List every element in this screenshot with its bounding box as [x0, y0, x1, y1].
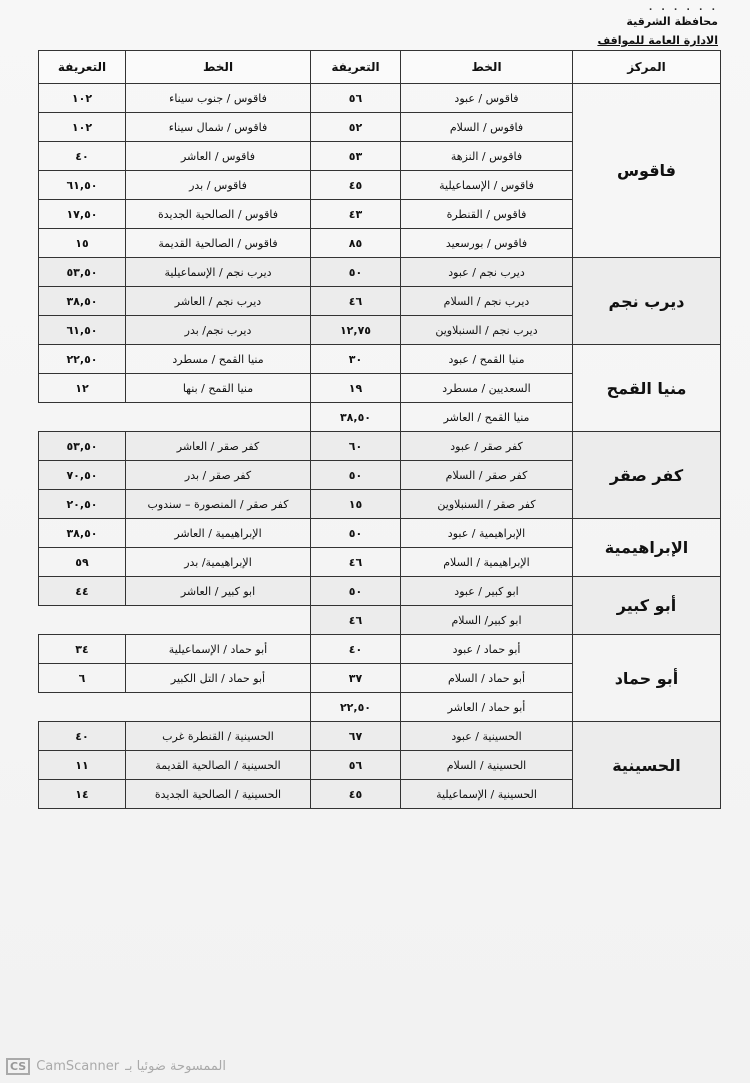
line-2-cell: الحسينية / الصالحية القديمة [126, 751, 311, 780]
line-1-cell: أبو حماد / عبود [401, 635, 573, 664]
fare-2-cell: ٣٨,٥٠ [39, 519, 126, 548]
line-1-cell: ديرب نجم / السنبلاوين [401, 316, 573, 345]
fare-1-cell: ٥٣ [311, 142, 401, 171]
fare-1-cell: ٤٦ [311, 287, 401, 316]
line-1-cell: السعديين / مسطرد [401, 374, 573, 403]
fare-2-cell: ٧٠,٥٠ [39, 461, 126, 490]
fare-1-cell: ١٥ [311, 490, 401, 519]
line-1-cell: الحسينية / السلام [401, 751, 573, 780]
fare-2-cell: ١٢ [39, 374, 126, 403]
line-1-cell: كفر صقر / السلام [401, 461, 573, 490]
center-cell: أبو كبير [573, 577, 721, 635]
empty-cell [39, 403, 311, 432]
line-1-cell: ديرب نجم / عبود [401, 258, 573, 287]
table-row: الحسينيةالحسينية / عبود٦٧الحسينية / القن… [39, 722, 721, 751]
table-row: أبو حمادأبو حماد / عبود٤٠أبو حماد / الإس… [39, 635, 721, 664]
department-title: الادارة العامة للمواقف [597, 31, 718, 50]
header-dots: . . . . . . [597, 4, 718, 12]
center-cell: منيا القمح [573, 345, 721, 432]
center-cell: الإبراهيمية [573, 519, 721, 577]
line-2-cell: كفر صقر / المنصورة – سندوب [126, 490, 311, 519]
fare-2-cell: ٥٩ [39, 548, 126, 577]
watermark-arabic: الممسوحة ضوئيا بـ [125, 1059, 226, 1074]
line-2-cell: الحسينية / الصالحية الجديدة [126, 780, 311, 809]
fare-1-cell: ٨٥ [311, 229, 401, 258]
line-2-cell: ديرب نجم / العاشر [126, 287, 311, 316]
line-1-cell: أبو حماد / السلام [401, 664, 573, 693]
line-1-cell: منيا القمح / العاشر [401, 403, 573, 432]
fare-1-cell: ٤٦ [311, 606, 401, 635]
fare-1-cell: ٣٨,٥٠ [311, 403, 401, 432]
fare-2-cell: ٥٣,٥٠ [39, 258, 126, 287]
col-fare-1: التعريفة [311, 51, 401, 84]
line-1-cell: فاقوس / النزهة [401, 142, 573, 171]
table-row: الإبراهيميةالإبراهيمية / عبود٥٠الإبراهيم… [39, 519, 721, 548]
line-1-cell: الإبراهيمية / عبود [401, 519, 573, 548]
line-2-cell: فاقوس / شمال سيناء [126, 113, 311, 142]
line-1-cell: الإبراهيمية / السلام [401, 548, 573, 577]
fare-2-cell: ٣٤ [39, 635, 126, 664]
fare-2-cell: ٢٠,٥٠ [39, 490, 126, 519]
fare-2-cell: ٢٢,٥٠ [39, 345, 126, 374]
line-1-cell: منيا القمح / عبود [401, 345, 573, 374]
center-cell: أبو حماد [573, 635, 721, 722]
line-1-cell: فاقوس / عبود [401, 84, 573, 113]
fare-1-cell: ٦٠ [311, 432, 401, 461]
fare-1-cell: ١٢,٧٥ [311, 316, 401, 345]
fare-2-cell: ١٤ [39, 780, 126, 809]
line-1-cell: فاقوس / بورسعيد [401, 229, 573, 258]
fare-2-cell: ٦ [39, 664, 126, 693]
fare-2-cell: ٥٣,٥٠ [39, 432, 126, 461]
line-2-cell: الحسينية / القنطرة غرب [126, 722, 311, 751]
fare-1-cell: ٢٢,٥٠ [311, 693, 401, 722]
line-2-cell: فاقوس / الصالحية الجديدة [126, 200, 311, 229]
line-2-cell: منيا القمح / بنها [126, 374, 311, 403]
fare-2-cell: ٦١,٥٠ [39, 316, 126, 345]
camscanner-logo-icon: CS [6, 1058, 30, 1075]
camscanner-watermark: CS CamScanner الممسوحة ضوئيا بـ [6, 1058, 226, 1075]
fare-2-cell: ٤٤ [39, 577, 126, 606]
line-2-cell: ديرب نجم/ بدر [126, 316, 311, 345]
scanned-page: . . . . . . محافظة الشرقية الادارة العام… [0, 0, 750, 1083]
fare-2-cell: ١٠٢ [39, 84, 126, 113]
fare-1-cell: ٥٠ [311, 519, 401, 548]
fare-2-cell: ١٠٢ [39, 113, 126, 142]
fare-2-cell: ٤٠ [39, 722, 126, 751]
fare-1-cell: ٦٧ [311, 722, 401, 751]
empty-cell [39, 606, 311, 635]
table-header-row: المركز الخط التعريفة الخط التعريفة [39, 51, 721, 84]
fare-1-cell: ١٩ [311, 374, 401, 403]
governorate-title: محافظة الشرقية [597, 12, 718, 31]
fare-2-cell: ٦١,٥٠ [39, 171, 126, 200]
watermark-text: CamScanner [36, 1059, 119, 1074]
line-1-cell: ابو كبير/ السلام [401, 606, 573, 635]
line-2-cell: كفر صقر / بدر [126, 461, 311, 490]
line-2-cell: ديرب نجم / الإسماعيلية [126, 258, 311, 287]
line-1-cell: كفر صقر / عبود [401, 432, 573, 461]
line-1-cell: أبو حماد / العاشر [401, 693, 573, 722]
fares-table: المركز الخط التعريفة الخط التعريفة فاقوس… [38, 50, 721, 809]
line-1-cell: كفر صقر / السنبلاوين [401, 490, 573, 519]
line-1-cell: ابو كبير / عبود [401, 577, 573, 606]
line-2-cell: أبو حماد / التل الكبير [126, 664, 311, 693]
line-1-cell: فاقوس / القنطرة [401, 200, 573, 229]
fare-2-cell: ٣٨,٥٠ [39, 287, 126, 316]
center-cell: فاقوس [573, 84, 721, 258]
fare-2-cell: ١٥ [39, 229, 126, 258]
fare-1-cell: ٥٠ [311, 577, 401, 606]
empty-cell [39, 693, 311, 722]
line-1-cell: فاقوس / الإسماعيلية [401, 171, 573, 200]
fare-1-cell: ٣٠ [311, 345, 401, 374]
table-row: فاقوسفاقوس / عبود٥٦فاقوس / جنوب سيناء١٠٢ [39, 84, 721, 113]
line-1-cell: فاقوس / السلام [401, 113, 573, 142]
center-cell: كفر صقر [573, 432, 721, 519]
fare-2-cell: ١٧,٥٠ [39, 200, 126, 229]
col-line-1: الخط [401, 51, 573, 84]
line-2-cell: أبو حماد / الإسماعيلية [126, 635, 311, 664]
fare-1-cell: ٤٥ [311, 171, 401, 200]
line-2-cell: فاقوس / العاشر [126, 142, 311, 171]
fare-1-cell: ٥٢ [311, 113, 401, 142]
document-header: . . . . . . محافظة الشرقية الادارة العام… [597, 4, 718, 50]
line-1-cell: الحسينية / عبود [401, 722, 573, 751]
fare-1-cell: ٤٣ [311, 200, 401, 229]
fare-1-cell: ٥٠ [311, 258, 401, 287]
line-2-cell: الإبراهيمية / العاشر [126, 519, 311, 548]
table-row: أبو كبيرابو كبير / عبود٥٠ابو كبير / العا… [39, 577, 721, 606]
line-2-cell: ابو كبير / العاشر [126, 577, 311, 606]
fare-1-cell: ٤٥ [311, 780, 401, 809]
table-body: فاقوسفاقوس / عبود٥٦فاقوس / جنوب سيناء١٠٢… [39, 84, 721, 809]
center-cell: الحسينية [573, 722, 721, 809]
col-center: المركز [573, 51, 721, 84]
line-2-cell: الإبراهيمية/ بدر [126, 548, 311, 577]
table-row: ديرب نجمديرب نجم / عبود٥٠ديرب نجم / الإس… [39, 258, 721, 287]
fare-1-cell: ٥٦ [311, 751, 401, 780]
fare-1-cell: ٣٧ [311, 664, 401, 693]
center-cell: ديرب نجم [573, 258, 721, 345]
line-2-cell: فاقوس / بدر [126, 171, 311, 200]
table-row: منيا القمحمنيا القمح / عبود٣٠منيا القمح … [39, 345, 721, 374]
line-1-cell: ديرب نجم / السلام [401, 287, 573, 316]
fare-2-cell: ٤٠ [39, 142, 126, 171]
fare-1-cell: ٥٦ [311, 84, 401, 113]
col-line-2: الخط [126, 51, 311, 84]
line-2-cell: منيا القمح / مسطرد [126, 345, 311, 374]
line-2-cell: فاقوس / جنوب سيناء [126, 84, 311, 113]
fare-1-cell: ٥٠ [311, 461, 401, 490]
line-1-cell: الحسينية / الإسماعيلية [401, 780, 573, 809]
fare-2-cell: ١١ [39, 751, 126, 780]
col-fare-2: التعريفة [39, 51, 126, 84]
fare-1-cell: ٤٦ [311, 548, 401, 577]
line-2-cell: كفر صقر / العاشر [126, 432, 311, 461]
fare-1-cell: ٤٠ [311, 635, 401, 664]
table-row: كفر صقركفر صقر / عبود٦٠كفر صقر / العاشر٥… [39, 432, 721, 461]
line-2-cell: فاقوس / الصالحية القديمة [126, 229, 311, 258]
